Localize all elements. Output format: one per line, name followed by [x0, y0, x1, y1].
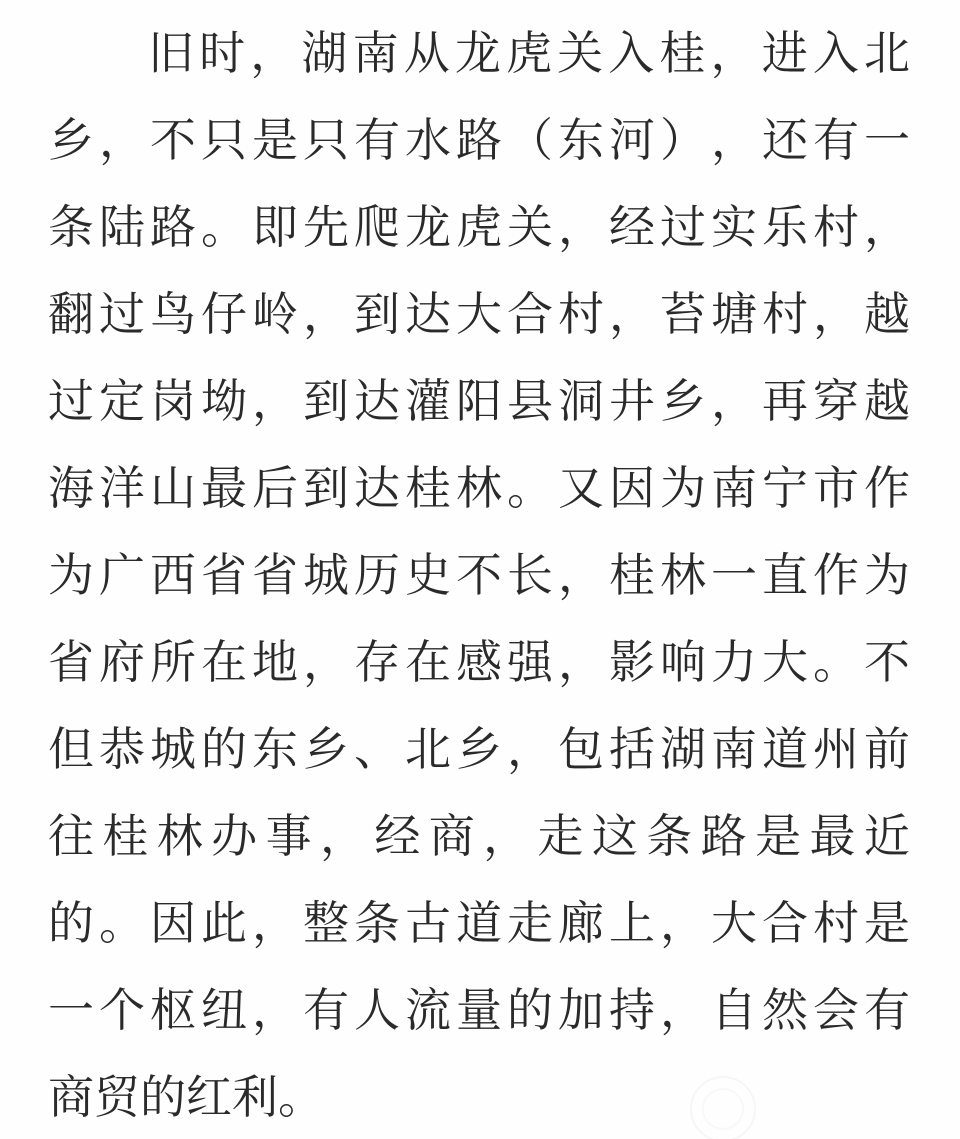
character: ，: [711, 358, 757, 445]
character: 仔: [201, 271, 247, 358]
character: 林: [157, 793, 203, 880]
character: ）: [660, 97, 706, 184]
character: 有: [354, 97, 400, 184]
character: 走: [538, 793, 584, 880]
character: 乡: [303, 706, 349, 793]
character: 岗: [150, 358, 196, 445]
character: 省: [48, 619, 94, 706]
character: 上: [609, 880, 655, 967]
character: 灌: [405, 358, 451, 445]
character: 在: [201, 619, 247, 706]
character: 经: [374, 793, 420, 880]
character: 达: [354, 445, 400, 532]
character: 南: [711, 445, 757, 532]
character: 。: [99, 880, 145, 967]
character: 道: [762, 706, 808, 793]
character: 达: [405, 271, 451, 358]
character: 古: [405, 880, 451, 967]
character: 府: [99, 619, 145, 706]
character: 路: [701, 793, 747, 880]
character: 翻: [48, 271, 94, 358]
character: 乡: [660, 358, 706, 445]
character: 从: [404, 10, 450, 97]
text-line: 商贸的红利。: [48, 1054, 910, 1139]
character: 商: [429, 793, 475, 880]
character: 人: [354, 967, 400, 1054]
character: 即: [252, 184, 298, 271]
character: 定: [99, 358, 145, 445]
character: 历: [354, 532, 400, 619]
character: 因: [150, 880, 196, 967]
character: 条: [354, 880, 400, 967]
character: 个: [99, 967, 145, 1054]
character: 山: [150, 445, 196, 532]
character: 在: [405, 619, 451, 706]
character: ，: [711, 10, 757, 97]
character: ，: [711, 97, 757, 184]
watermark-inner-circle: [702, 1088, 744, 1130]
character: ，: [609, 271, 655, 358]
character: 湖: [301, 10, 347, 97]
character: 湖: [660, 706, 706, 793]
character: 会: [813, 967, 859, 1054]
character: 到: [303, 358, 349, 445]
character: 枢: [150, 967, 196, 1054]
character: 然: [762, 967, 808, 1054]
character: 量: [456, 967, 502, 1054]
character: 为: [48, 532, 94, 619]
character: 有: [864, 967, 910, 1054]
character: 最: [201, 445, 247, 532]
character: 流: [405, 967, 451, 1054]
character: 路: [456, 97, 502, 184]
character: 时: [199, 10, 245, 97]
character: 村: [558, 271, 604, 358]
character: 村: [762, 271, 808, 358]
character: 条: [48, 184, 94, 271]
character: 入: [813, 10, 859, 97]
character: 前: [864, 706, 910, 793]
character: 为: [660, 445, 706, 532]
character: 村: [813, 880, 859, 967]
character: 大: [456, 271, 502, 358]
character: 经: [609, 184, 655, 271]
article-page: 旧时，湖南从龙虎关入桂，进入北乡，不只是只有水路（东河），还有一条陆路。即先爬龙…: [0, 0, 960, 1139]
character: 走: [507, 880, 553, 967]
character: 城: [150, 706, 196, 793]
character: ，: [483, 793, 529, 880]
character: 路: [150, 184, 196, 271]
character: 合: [762, 880, 808, 967]
character: 道: [456, 880, 502, 967]
character: 市: [813, 445, 859, 532]
character: 作: [864, 445, 910, 532]
character: 力: [711, 619, 757, 706]
character: 持: [609, 967, 655, 1054]
character: 南: [711, 706, 757, 793]
character: 西: [150, 532, 196, 619]
character: 不: [864, 619, 910, 706]
character: 桂: [102, 793, 148, 880]
character: 北: [405, 706, 451, 793]
character: 宁: [762, 445, 808, 532]
character: 最: [809, 793, 855, 880]
character: 阳: [456, 358, 502, 445]
character: 。: [507, 445, 553, 532]
character: 乡: [456, 706, 502, 793]
character: 长: [507, 532, 553, 619]
character: 的: [507, 967, 553, 1054]
character: 省: [252, 532, 298, 619]
character: 自: [711, 967, 757, 1054]
character: 塘: [711, 271, 757, 358]
text-line: 一个枢纽，有人流量的加持，自然会有: [48, 967, 910, 1054]
text-line: 为广西省省城历史不长，桂林一直作为: [48, 532, 910, 619]
character: 感: [456, 619, 502, 706]
character: 事: [266, 793, 312, 880]
character: ，: [99, 97, 145, 184]
character: 是: [864, 880, 910, 967]
character: 陆: [99, 184, 145, 271]
character: 广: [99, 532, 145, 619]
character: 越: [864, 271, 910, 358]
character: 这: [592, 793, 638, 880]
character: 近: [864, 793, 910, 880]
character: 为: [864, 532, 910, 619]
character: 再: [762, 358, 808, 445]
character: 先: [303, 184, 349, 271]
character: 到: [303, 445, 349, 532]
character: 虎: [456, 184, 502, 271]
character: ，: [507, 706, 553, 793]
character: ，: [320, 793, 366, 880]
character: 水: [405, 97, 451, 184]
character: 响: [660, 619, 706, 706]
character: 关: [507, 184, 553, 271]
character: 河: [609, 97, 655, 184]
character: 实: [711, 184, 757, 271]
character: 乡: [48, 97, 94, 184]
character: 桂: [659, 10, 705, 97]
character: ，: [660, 967, 706, 1054]
character: 。: [813, 619, 859, 706]
character: 直: [762, 532, 808, 619]
character: 爬: [354, 184, 400, 271]
character: ，: [558, 532, 604, 619]
character: 作: [813, 532, 859, 619]
character: 一: [864, 97, 910, 184]
character: 入: [608, 10, 654, 97]
character: 加: [558, 967, 604, 1054]
character: ，: [252, 358, 298, 445]
character: 往: [48, 793, 94, 880]
character: ，: [252, 880, 298, 967]
character: 到: [354, 271, 400, 358]
text-line: 省府所在地，存在感强，影响力大。不: [48, 619, 910, 706]
character: 是: [252, 97, 298, 184]
character: 城: [303, 532, 349, 619]
character: 括: [609, 706, 655, 793]
character: 。: [201, 184, 247, 271]
character: ，: [252, 967, 298, 1054]
character: 岭: [252, 271, 298, 358]
character: 林: [660, 532, 706, 619]
character: 越: [864, 358, 910, 445]
character: 乐: [762, 184, 808, 271]
character: 过: [48, 358, 94, 445]
character: 此: [201, 880, 247, 967]
character: 省: [201, 532, 247, 619]
character: 整: [303, 880, 349, 967]
character: 合: [507, 271, 553, 358]
character: 桂: [405, 445, 451, 532]
character: 大: [762, 619, 808, 706]
character: 关: [557, 10, 603, 97]
text-line: 条陆路。即先爬龙虎关，经过实乐村，: [48, 184, 910, 271]
text-line: 的。因此，整条古道走廊上，大合村是: [48, 880, 910, 967]
character: 又: [558, 445, 604, 532]
character: 因: [609, 445, 655, 532]
character: 还: [762, 97, 808, 184]
character: 一: [48, 967, 94, 1054]
character: 只: [201, 97, 247, 184]
character: 办: [211, 793, 257, 880]
character: 是: [755, 793, 801, 880]
character: 史: [405, 532, 451, 619]
character: 海: [48, 445, 94, 532]
character: 穿: [813, 358, 859, 445]
character: 存: [354, 619, 400, 706]
character: 洞: [558, 358, 604, 445]
character: 所: [150, 619, 196, 706]
character: 纽: [201, 967, 247, 1054]
paragraph: 旧时，湖南从龙虎关入桂，进入北乡，不只是只有水路（东河），还有一条陆路。即先爬龙…: [48, 10, 910, 1139]
text-line: 翻过鸟仔岭，到达大合村，苔塘村，越: [48, 271, 910, 358]
text-line: 乡，不只是只有水路（东河），还有一: [48, 97, 910, 184]
character: 虎: [506, 10, 552, 97]
character: 不: [456, 532, 502, 619]
text-line: 旧时，湖南从龙虎关入桂，进入北: [48, 10, 910, 97]
character: 林: [456, 445, 502, 532]
character: （: [507, 97, 553, 184]
character: 鸟: [150, 271, 196, 358]
character: ，: [813, 271, 859, 358]
text-line: 但恭城的东乡、北乡，包括湖南道州前: [48, 706, 910, 793]
character: 州: [813, 706, 859, 793]
watermark-stamp-icon: [690, 1076, 756, 1139]
character: 不: [150, 97, 196, 184]
character: 过: [99, 271, 145, 358]
character: 达: [354, 358, 400, 445]
character: 村: [813, 184, 859, 271]
character: 有: [813, 97, 859, 184]
character: 进: [762, 10, 808, 97]
character: ，: [303, 619, 349, 706]
character: ，: [558, 184, 604, 271]
character: 龙: [405, 184, 451, 271]
character: 井: [609, 358, 655, 445]
character: 龙: [455, 10, 501, 97]
character: 恭: [99, 706, 145, 793]
character: 东: [252, 706, 298, 793]
character: 后: [252, 445, 298, 532]
character: 坳: [201, 358, 247, 445]
character: 北: [864, 10, 910, 97]
character: 包: [558, 706, 604, 793]
character: 的: [48, 880, 94, 967]
character: 强: [507, 619, 553, 706]
character: 只: [303, 97, 349, 184]
character: 、: [354, 706, 400, 793]
character: 影: [609, 619, 655, 706]
character: ，: [303, 271, 349, 358]
character: 但: [48, 706, 94, 793]
text-line: 往桂林办事，经商，走这条路是最近: [48, 793, 910, 880]
character: 大: [711, 880, 757, 967]
character: ，: [250, 10, 296, 97]
character: ，: [660, 880, 706, 967]
character: 苔: [660, 271, 706, 358]
character: 东: [558, 97, 604, 184]
character: 过: [660, 184, 706, 271]
character: 条: [646, 793, 692, 880]
character: 南: [353, 10, 399, 97]
text-line: 过定岗坳，到达灌阳县洞井乡，再穿越: [48, 358, 910, 445]
character: ，: [558, 619, 604, 706]
text-line: 海洋山最后到达桂林。又因为南宁市作: [48, 445, 910, 532]
character: ，: [864, 184, 910, 271]
character: 地: [252, 619, 298, 706]
character: 一: [711, 532, 757, 619]
character: 的: [201, 706, 247, 793]
character: 桂: [609, 532, 655, 619]
character: 廊: [558, 880, 604, 967]
character: 洋: [99, 445, 145, 532]
character: 旧: [148, 10, 194, 97]
character: 县: [507, 358, 553, 445]
character: 有: [303, 967, 349, 1054]
